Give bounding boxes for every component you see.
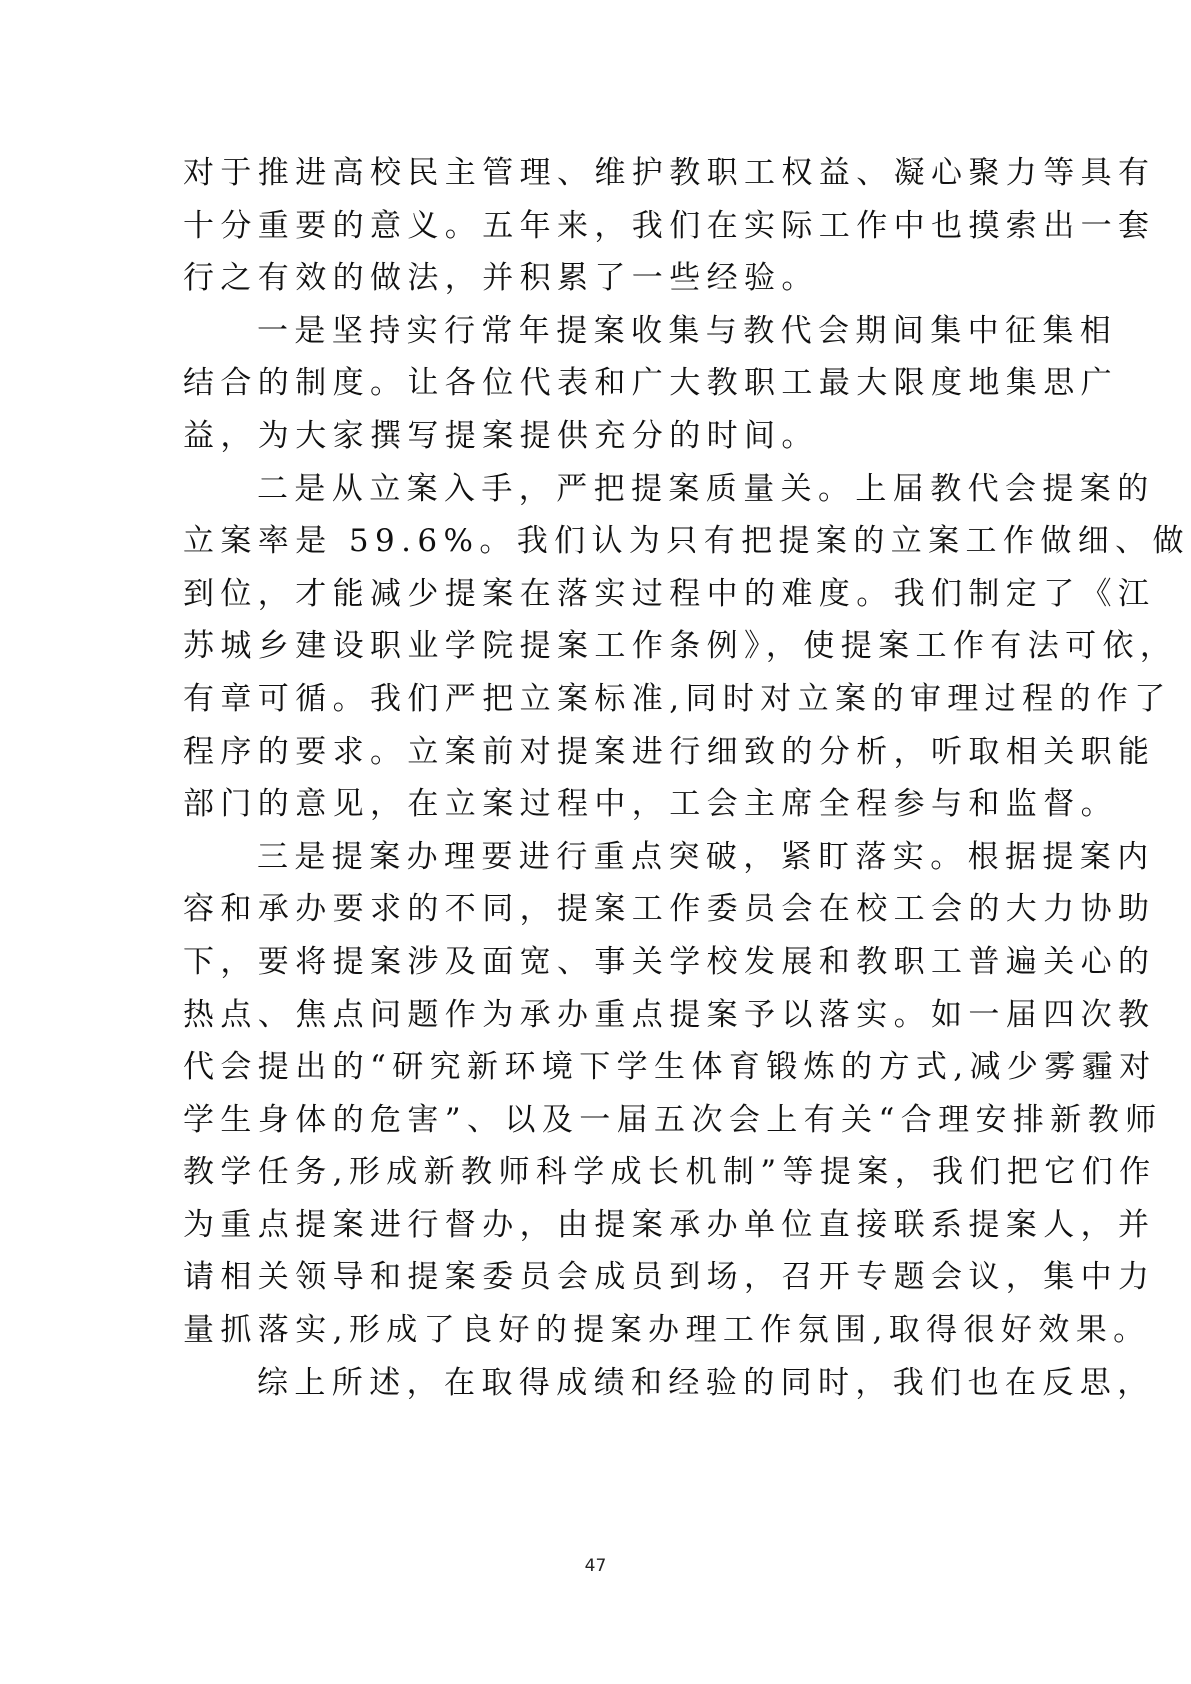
paragraph-1: 对于推进高校民主管理、维护教职工权益、凝心聚力等具有 十分重要的意义。五年来，我…: [183, 147, 1008, 305]
paragraph-2: 一是坚持实行常年提案收集与教代会期间集中征集相 结合的制度。让各位代表和广大教职…: [183, 305, 1008, 463]
text-line: 益，为大家撰写提案提供充分的时间。: [183, 410, 1008, 463]
text-line: 下，要将提案涉及面宽、事关学校发展和教职工普遍关心的: [183, 936, 1008, 989]
text-line: 结合的制度。让各位代表和广大教职工最大限度地集思广: [183, 357, 1008, 410]
text-line: 对于推进高校民主管理、维护教职工权益、凝心聚力等具有: [183, 147, 1008, 200]
text-line: 行之有效的做法，并积累了一些经验。: [183, 252, 1008, 305]
text-line: 一是坚持实行常年提案收集与教代会期间集中征集相: [183, 305, 1008, 358]
text-line: 综上所述，在取得成绩和经验的同时，我们也在反思，: [183, 1357, 1008, 1410]
text-line: 部门的意见，在立案过程中，工会主席全程参与和监督。: [183, 778, 1008, 831]
paragraph-4: 三是提案办理要进行重点突破，紧盯落实。根据提案内 容和承办要求的不同，提案工作委…: [183, 831, 1008, 1357]
text-line: 二是从立案入手，严把提案质量关。上届教代会提案的: [183, 463, 1008, 516]
text-line: 教学任务,形成新教师科学成长机制”等提案，我们把它们作: [183, 1146, 1008, 1199]
paragraph-5: 综上所述，在取得成绩和经验的同时，我们也在反思，: [183, 1357, 1008, 1410]
text-line: 到位，才能减少提案在落实过程中的难度。我们制定了《江: [183, 568, 1008, 621]
text-line: 十分重要的意义。五年来，我们在实际工作中也摸索出一套: [183, 200, 1008, 253]
body-text: 对于推进高校民主管理、维护教职工权益、凝心聚力等具有 十分重要的意义。五年来，我…: [183, 147, 1008, 1409]
text-line: 容和承办要求的不同，提案工作委员会在校工会的大力协助: [183, 883, 1008, 936]
text-line: 代会提出的“研究新环境下学生体育锻炼的方式,减少雾霾对: [183, 1041, 1008, 1094]
text-line: 有章可循。我们严把立案标准,同时对立案的审理过程的作了: [183, 673, 1008, 726]
text-line: 为重点提案进行督办，由提案承办单位直接联系提案人，并: [183, 1199, 1008, 1252]
paragraph-3: 二是从立案入手，严把提案质量关。上届教代会提案的 立案率是 59.6%。我们认为…: [183, 463, 1008, 831]
document-page: 对于推进高校民主管理、维护教职工权益、凝心聚力等具有 十分重要的意义。五年来，我…: [0, 0, 1191, 1684]
text-line: 热点、焦点问题作为承办重点提案予以落实。如一届四次教: [183, 989, 1008, 1042]
text-line: 苏城乡建设职业学院提案工作条例》，使提案工作有法可依，: [183, 620, 1008, 673]
text-line: 程序的要求。立案前对提案进行细致的分析，听取相关职能: [183, 726, 1008, 779]
text-line: 量抓落实,形成了良好的提案办理工作氛围,取得很好效果。: [183, 1304, 1008, 1357]
text-line: 请相关领导和提案委员会成员到场，召开专题会议，集中力: [183, 1251, 1008, 1304]
page-number: 47: [0, 1556, 1191, 1576]
text-line: 立案率是 59.6%。我们认为只有把提案的立案工作做细、做: [183, 515, 1008, 568]
text-line: 三是提案办理要进行重点突破，紧盯落实。根据提案内: [183, 831, 1008, 884]
text-line: 学生身体的危害”、以及一届五次会上有关“合理安排新教师: [183, 1094, 1008, 1147]
